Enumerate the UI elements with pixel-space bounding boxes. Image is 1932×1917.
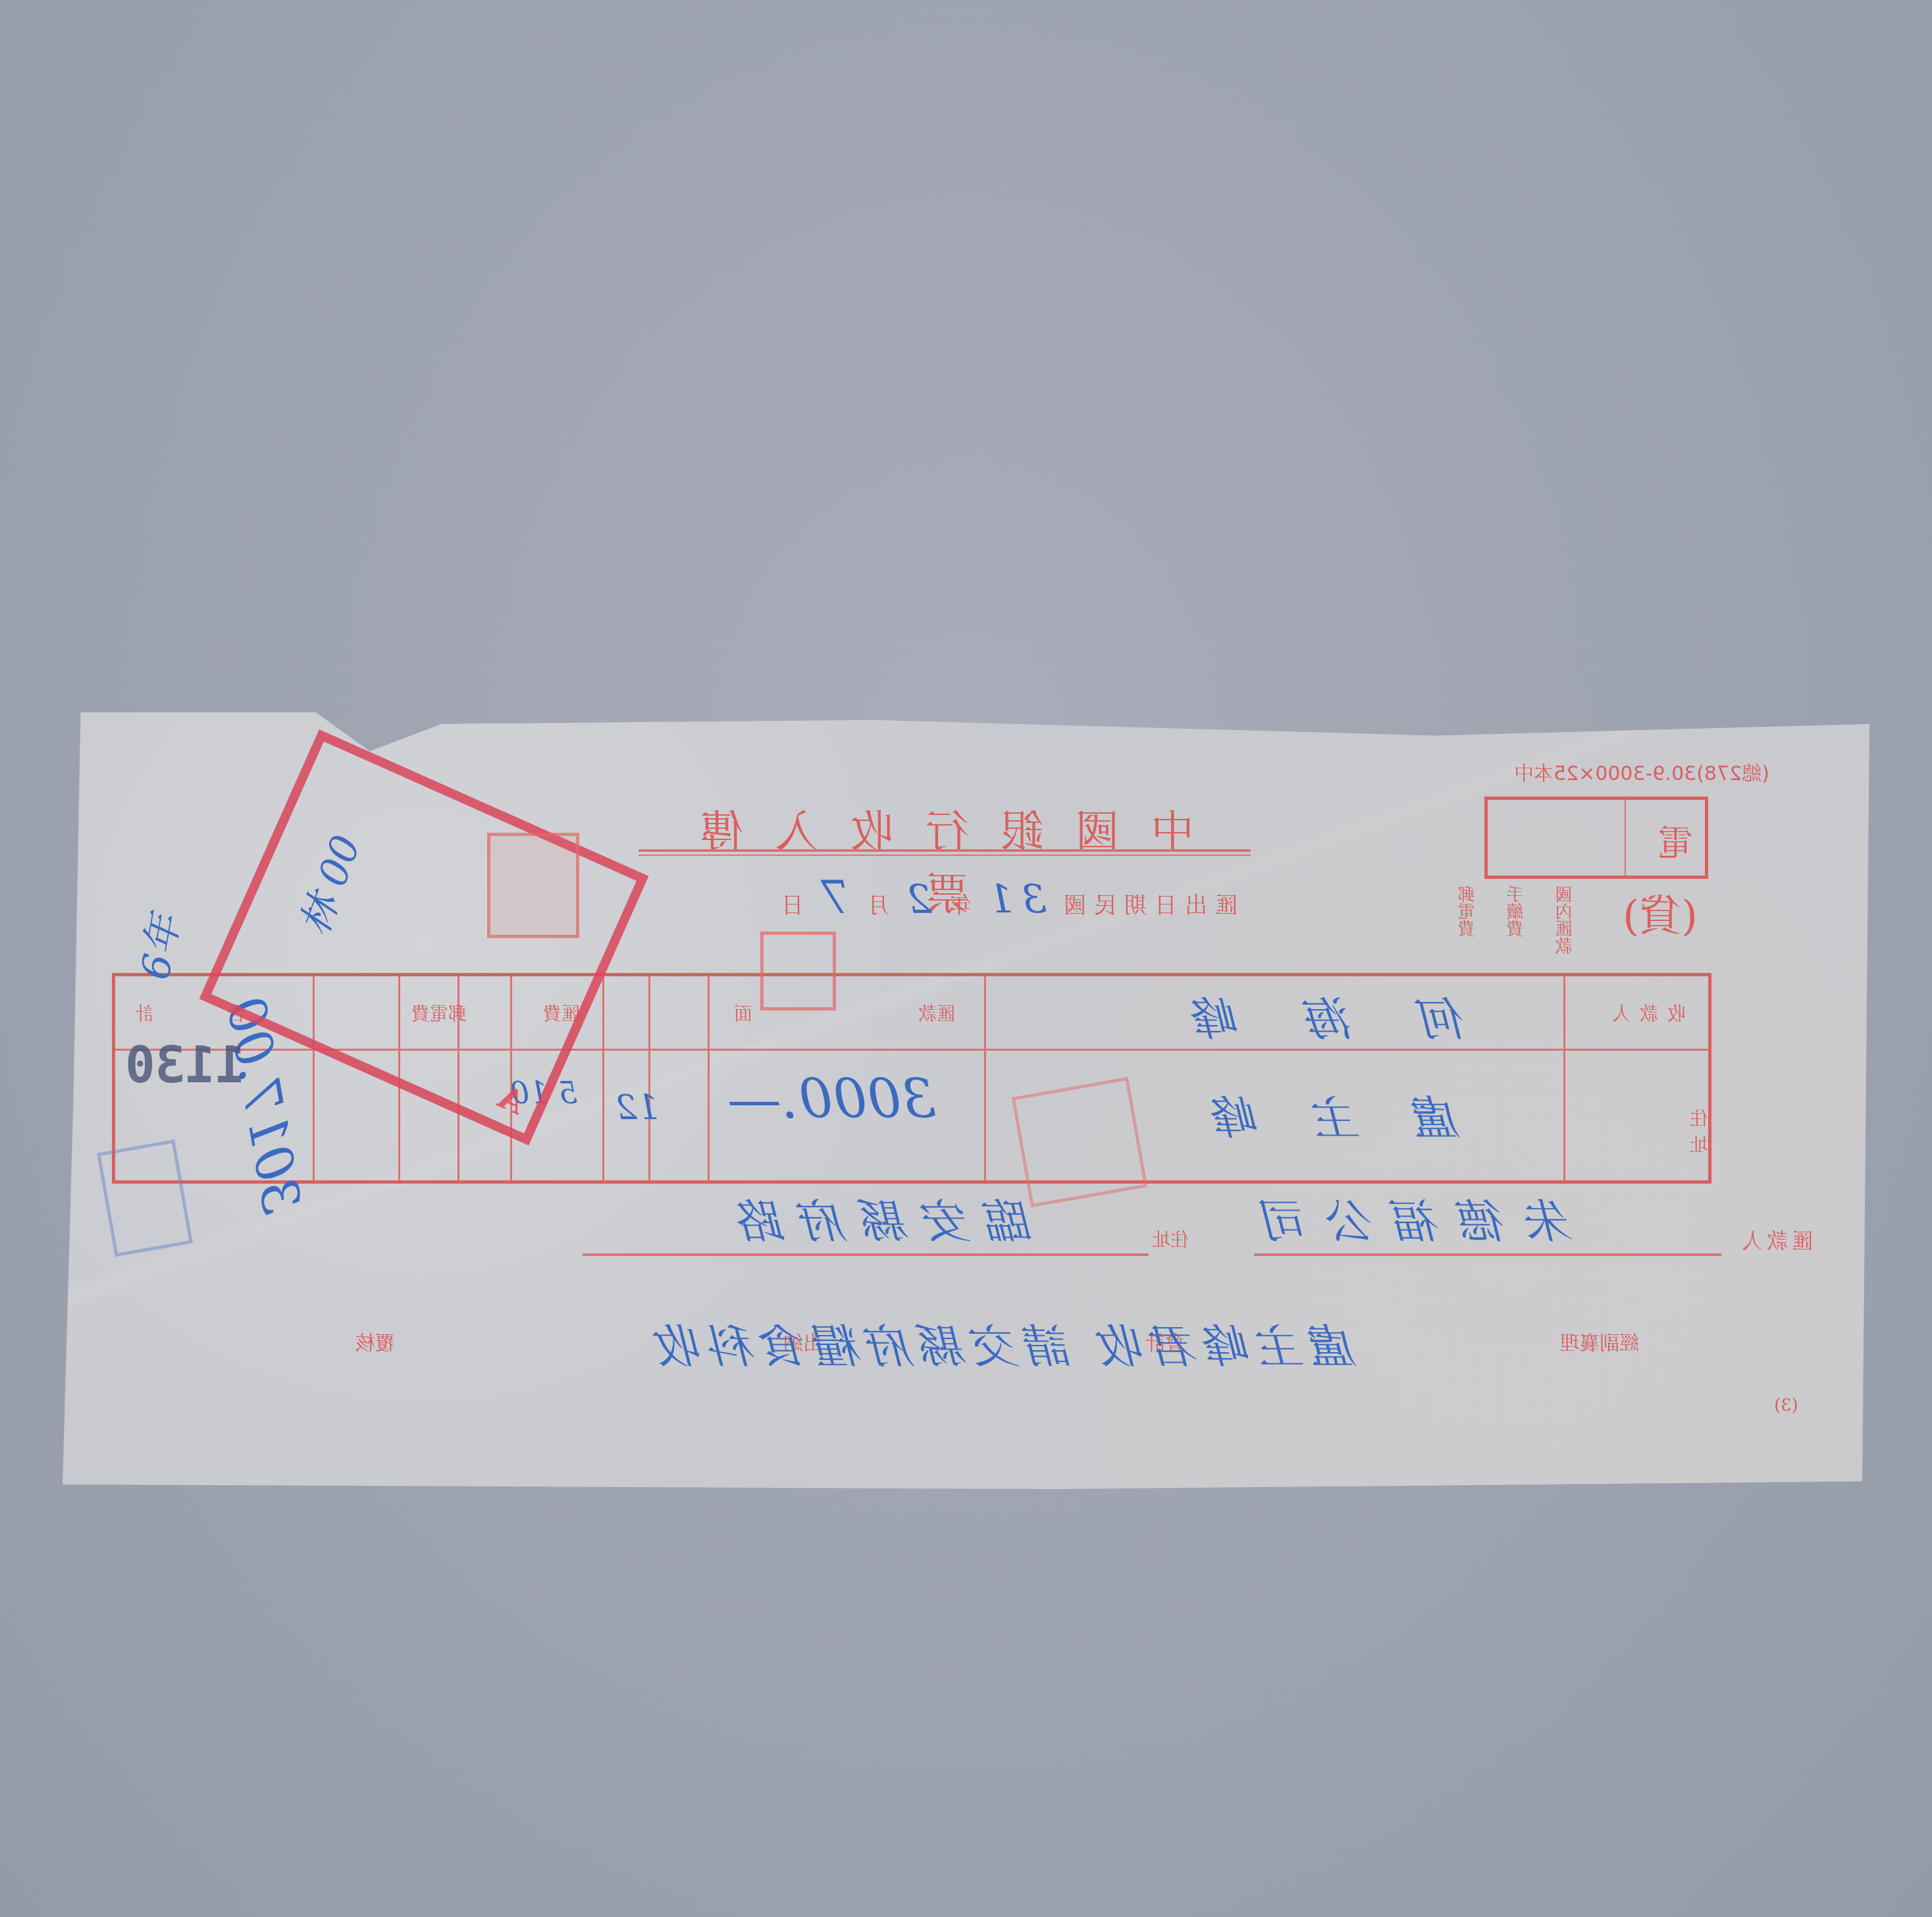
fee-labels: 國內匯款 手續費 郵電費 [1455,885,1579,954]
date-day-unit: 日 [773,887,804,920]
print-code-text: (總278)30.9-3000×25本中 [1514,757,1769,786]
fee-value: 12 [615,1088,659,1128]
seal-top [487,833,579,938]
remitter-name-rule [1254,1253,1721,1256]
col-label-remit: 匯款 [918,1000,955,1026]
telegraph-divider [1625,800,1626,876]
table-vline [708,976,710,1180]
date-day: 7 [813,870,850,924]
margin-note: 6年 [124,910,191,984]
credit-label-text: (貸) [1623,882,1698,943]
footer-label-review: 覆核 [355,1332,395,1355]
telegraph-box: 電 [1484,797,1708,879]
title-rule-bottom [639,854,1251,856]
amount-value: 3000.— [727,1068,936,1131]
remitter-address: 臨安縣府路 [724,1185,1033,1251]
footer-label-manager: 經副襄理 [1560,1332,1639,1355]
fee-label-postage: 郵電費 [1455,885,1481,954]
credit-label: (貸) [1623,882,1698,943]
col-label-face: 面 [734,1000,752,1026]
date-month-unit: 月 [859,887,889,920]
fee-label-remit: 國內匯款 [1552,885,1579,954]
copy-number: (3) [1774,1396,1798,1415]
seal-middle [760,932,836,1011]
table-vline [984,976,986,1180]
footer-label-group-1: 覆核 [355,1326,395,1355]
date-line: 匯出日期民國 31 年 2 月 7 日 [658,870,1238,924]
remitter-name: 朱德福公司 [1244,1185,1573,1251]
title-rule-top [639,849,1251,852]
telegraph-label: 電 [1658,816,1693,866]
date-year: 31 [981,877,1047,923]
payee-label: 收款人 [1603,1000,1686,1026]
date-month: 2 [899,877,931,923]
print-code: (總278)30.9-3000×25本中 [1514,757,1769,786]
stamped-number: 1130 [125,1036,246,1094]
payee-address: 盧 主 峰 [1195,1082,1461,1148]
stamp-mark: A [492,1078,530,1122]
table-vline [648,976,650,1180]
table-vline [602,976,604,1180]
footer-note: 盧主峰君收 請交縣府糧食科收 [652,1310,1357,1377]
date-year-unit: 年 [941,887,972,920]
footer-label-group-4: 經副襄理 [1560,1326,1639,1355]
remitter-address-rule [583,1253,1149,1256]
remitter-label: 匯款人 [1738,1224,1813,1255]
table-vline [1563,976,1565,1180]
payee-name: 何 海 峰 [1168,983,1468,1049]
seal-bottom [1012,1077,1148,1208]
address-label: 住址 [1603,1105,1708,1157]
date-prefix: 匯出日期民國 [1056,887,1238,920]
remitter-address-label: 住址 [1152,1226,1189,1252]
col-label-total-2: 計 [135,1000,153,1026]
fee-label-handling: 手續費 [1503,885,1530,954]
